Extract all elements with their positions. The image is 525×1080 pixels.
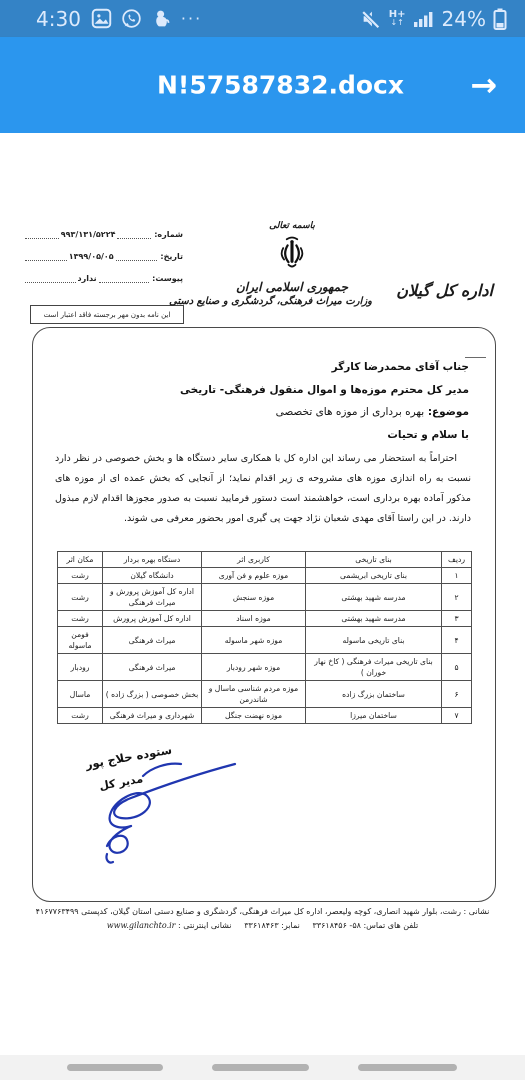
table-header-cell: بنای تاریخی <box>306 552 442 568</box>
letterhead-center: باسمه تعالی جمهوری اسلامی ایران وزارت می… <box>212 221 372 307</box>
table-cell: ۳ <box>442 611 472 627</box>
table-header-cell: ردیف <box>442 552 472 568</box>
battery-percent: 24% <box>442 7 486 31</box>
table-cell: موزه شهر رودبار <box>202 654 306 681</box>
footer-address: نشانی : رشت، بلوار شهید انصاری، کوچه ولی… <box>10 905 515 919</box>
table-cell: موزه شهر ماسوله <box>202 627 306 654</box>
table-cell: بنای تاریخی میراث فرهنگی ( کاخ نهار خورا… <box>306 654 442 681</box>
footer-contact: تلفن های تماس: ۵۸- ۳۳۶۱۸۴۵۶ نمابر: ۳۳۶۱۸… <box>10 919 515 933</box>
letter-frame: جناب آقای محمدرضا کارگر مدیر کل محترم مو… <box>32 327 496 902</box>
table-cell: دانشگاه گیلان <box>103 568 202 584</box>
table-row: ۲مدرسه شهید بهشتیموزه سنجشاداره کل آموزش… <box>58 584 472 611</box>
signal-icon <box>413 9 435 29</box>
table-cell: اداره کل آموزش پرورش و میراث فرهنگی <box>103 584 202 611</box>
letter-body: احتراماً به استحضار می رساند این اداره ک… <box>55 449 471 529</box>
table-header-cell: دستگاه بهره بردار <box>103 552 202 568</box>
table-cell: ۷ <box>442 708 472 724</box>
table-row: ۱بنای تاریخی ابریشمیموزه علوم و فن آورید… <box>58 568 472 584</box>
letterhead-fields: شماره: ۹۹۳/۱۳۱/۵۲۲۴ تاریخ: ۱۳۹۹/۰۵/۰۵ پی… <box>25 230 183 296</box>
ministry-name: وزارت میراث فرهنگی، گردشگری و صنایع دستی <box>212 296 372 307</box>
table-row: ۳مدرسه شهید بهشتیموزه اسناداداره کل آموز… <box>58 611 472 627</box>
table-cell: ۵ <box>442 654 472 681</box>
table-header-cell: کاربری اثر <box>202 552 306 568</box>
table-head: ردیفبنای تاریخیکاربری اثردستگاه بهره برد… <box>58 552 472 568</box>
letter-date-value: ۱۳۹۹/۰۵/۰۵ <box>67 252 116 261</box>
table-cell: موزه نهضت جنگل <box>202 708 306 724</box>
museums-table: ردیفبنای تاریخیکاربری اثردستگاه بهره برد… <box>57 551 472 724</box>
status-bar: 4:30 ··· H+ ↓↑ 24% <box>0 0 525 37</box>
table-cell: مدرسه شهید بهشتی <box>306 584 442 611</box>
table-cell: بنای تاریخی ماسوله <box>306 627 442 654</box>
table-row: ۴بنای تاریخی ماسولهموزه شهر ماسولهمیراث … <box>58 627 472 654</box>
signature-block: ستوده حلاج پور مدیر کل <box>47 736 257 866</box>
subject-value: بهره برداری از موزه های تخصصی <box>276 406 425 418</box>
table-cell: رشت <box>58 611 103 627</box>
table-body: ۱بنای تاریخی ابریشمیموزه علوم و فن آورید… <box>58 568 472 724</box>
letter-attachment-label: پیوست: <box>152 274 183 283</box>
table-cell: رشت <box>58 708 103 724</box>
letter-date-field: تاریخ: ۱۳۹۹/۰۵/۰۵ <box>25 252 183 261</box>
recipient-title: مدیر کل محترم موزه‌ها و اموال منقول فرهن… <box>180 379 469 402</box>
dotted-leader <box>99 275 150 283</box>
dotted-leader <box>25 231 59 239</box>
table-cell: موزه اسناد <box>202 611 306 627</box>
document-page[interactable]: شماره: ۹۹۳/۱۳۱/۵۲۲۴ تاریخ: ۱۳۹۹/۰۵/۰۵ پی… <box>0 133 525 1055</box>
letter-number-label: شماره: <box>154 230 183 239</box>
table-cell: شهرداری و میراث فرهنگی <box>103 708 202 724</box>
web-label: نشانی اینترنتی : <box>178 921 231 930</box>
salutation: با سلام و تحیات <box>180 424 469 447</box>
bottom-nav-bar <box>0 1055 525 1080</box>
table-cell: موزه مردم شناسی ماسال و شاندرمن <box>202 681 306 708</box>
nav-button-recents[interactable] <box>67 1064 163 1071</box>
dotted-leader <box>25 253 67 261</box>
clock: 4:30 <box>36 7 81 31</box>
table-cell: میراث فرهنگی <box>103 654 202 681</box>
iran-emblem-icon <box>270 233 314 279</box>
nav-button-back[interactable] <box>358 1064 457 1071</box>
letter-footer: نشانی : رشت، بلوار شهید انصاری، کوچه ولی… <box>10 905 515 933</box>
battery-icon <box>493 8 507 30</box>
letter-date-label: تاریخ: <box>160 252 183 261</box>
letter-number-field: شماره: ۹۹۳/۱۳۱/۵۲۲۴ <box>25 230 183 239</box>
document-title: N!57587832.docx <box>157 71 404 100</box>
subject-label: موضوع: <box>428 406 469 418</box>
table-header-cell: مکان اثر <box>58 552 103 568</box>
table-cell: مدرسه شهید بهشتی <box>306 611 442 627</box>
table-cell: موزه علوم و فن آوری <box>202 568 306 584</box>
mobile-data-icon: H+ ↓↑ <box>389 10 406 27</box>
table-cell: میراث فرهنگی <box>103 627 202 654</box>
validity-note: این نامه بدون مهر برجسته فاقد اعتبار است <box>30 305 184 324</box>
table-cell: بنای تاریخی ابریشمی <box>306 568 442 584</box>
table-row: ۶ساختمان بزرگ زادهموزه مردم شناسی ماسال … <box>58 681 472 708</box>
nav-button-home[interactable] <box>212 1064 309 1071</box>
subject-line: موضوع: بهره برداری از موزه های تخصصی <box>180 401 469 424</box>
letter-number-value: ۹۹۳/۱۳۱/۵۲۲۴ <box>59 230 118 239</box>
fax-value: ۳۳۶۱۸۴۶۳ <box>244 921 278 930</box>
phones-value: ۵۸- ۳۳۶۱۸۴۵۶ <box>313 921 361 930</box>
app-toolbar: N!57587832.docx → <box>0 37 525 133</box>
table-cell: ۴ <box>442 627 472 654</box>
table-cell: موزه سنجش <box>202 584 306 611</box>
dotted-leader <box>117 231 151 239</box>
phones-label: تلفن های تماس: <box>363 921 418 930</box>
dotted-leader <box>116 253 158 261</box>
table-cell: رودبار <box>58 654 103 681</box>
table-cell: ماسال <box>58 681 103 708</box>
monkey-sticker-icon <box>151 8 172 29</box>
table-cell: رشت <box>58 584 103 611</box>
recipient-name: جناب آقای محمدرضا کارگر <box>180 356 469 379</box>
table-cell: ۲ <box>442 584 472 611</box>
table-cell: اداره کل آموزش پرورش <box>103 611 202 627</box>
fax-label: نمابر: <box>281 921 300 930</box>
recipient-block: جناب آقای محمدرضا کارگر مدیر کل محترم مو… <box>180 356 469 446</box>
gallery-icon <box>91 8 112 29</box>
country-name: جمهوری اسلامی ایران <box>212 280 372 294</box>
letter-attachment-field: پیوست: ندارد <box>25 274 183 283</box>
website-url: www.gilanchto.ir <box>107 921 176 930</box>
table-row: ۷ساختمان میرزاموزه نهضت جنگلشهرداری و می… <box>58 708 472 724</box>
table-cell: ۱ <box>442 568 472 584</box>
bismillah-text: باسمه تعالی <box>212 221 372 231</box>
forward-arrow-icon[interactable]: → <box>470 66 497 104</box>
mute-icon <box>360 8 382 30</box>
office-name: اداره کل گیلان <box>396 281 493 300</box>
whatsapp-icon <box>121 8 142 29</box>
dotted-leader <box>25 275 76 283</box>
letter-attachment-value: ندارد <box>76 274 99 283</box>
table-cell: رشت <box>58 568 103 584</box>
table-row: ۵بنای تاریخی میراث فرهنگی ( کاخ نهار خور… <box>58 654 472 681</box>
table-cell: ۶ <box>442 681 472 708</box>
table-cell: فومن ماسوله <box>58 627 103 654</box>
more-notifications-icon: ··· <box>181 9 202 28</box>
table-cell: ساختمان میرزا <box>306 708 442 724</box>
table-cell: ساختمان بزرگ زاده <box>306 681 442 708</box>
table-cell: بخش خصوصی ( بزرگ زاده ) <box>103 681 202 708</box>
